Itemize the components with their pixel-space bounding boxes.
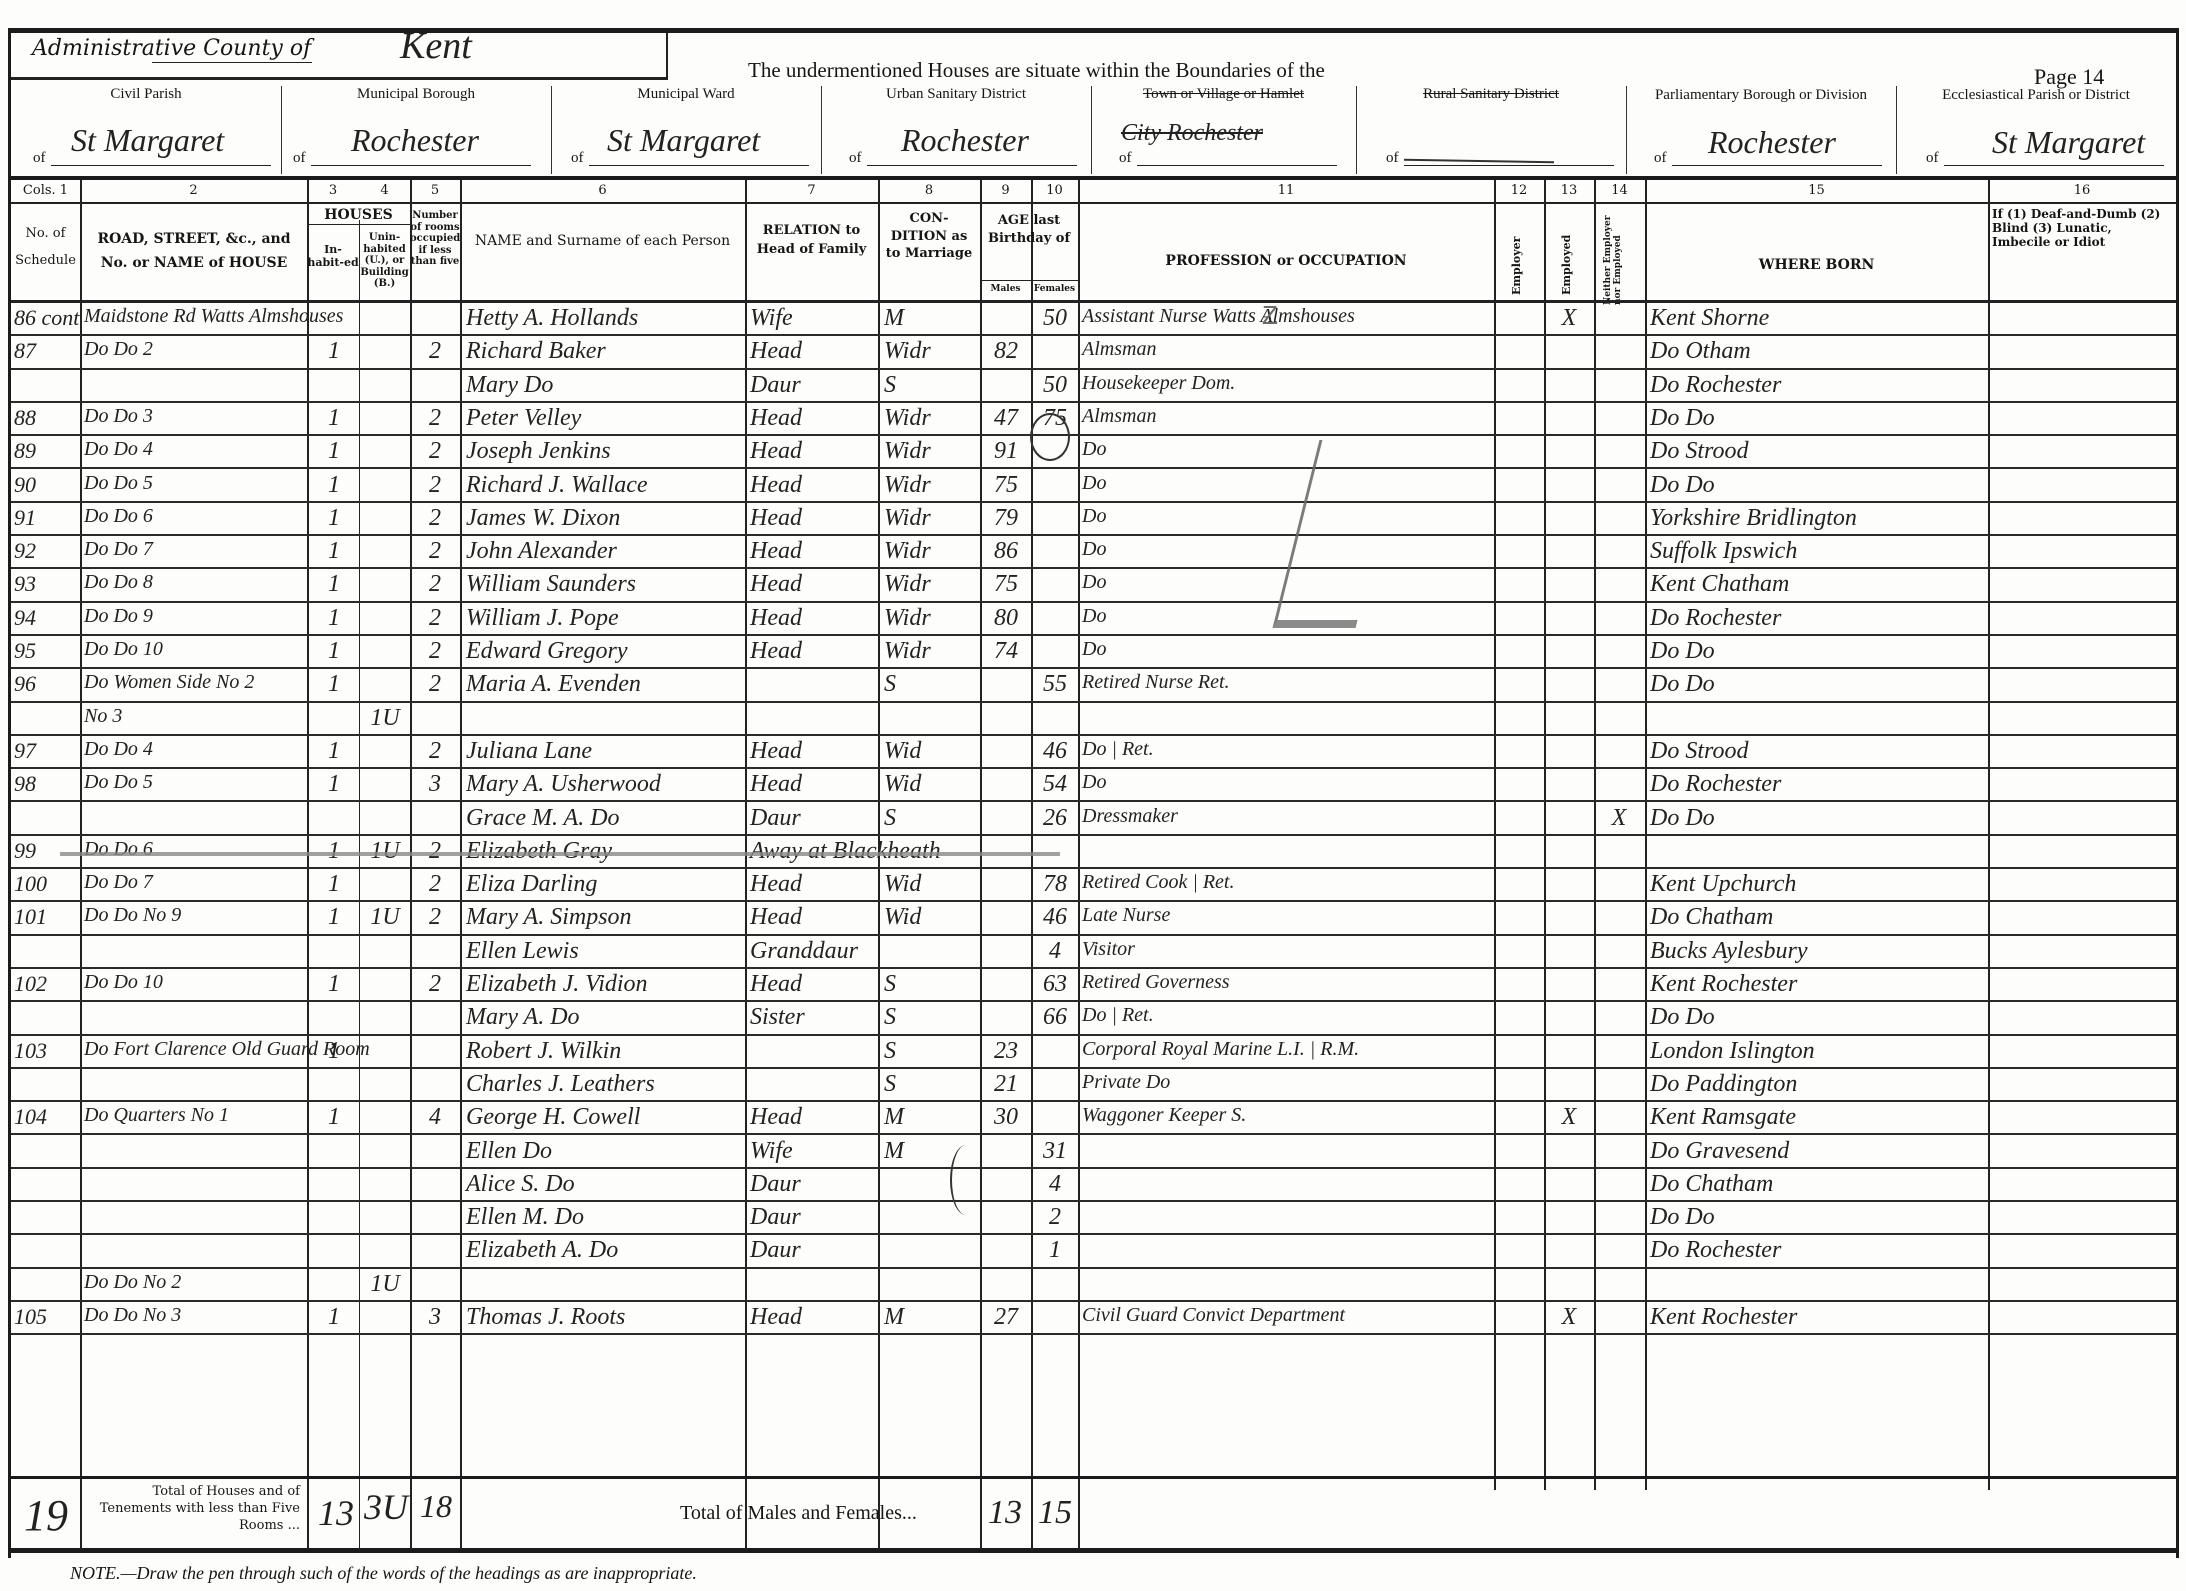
table-row: 101Do Do No 911U2Mary A. SimpsonHeadWid4… <box>0 902 2186 935</box>
cell-condition: Widr <box>884 438 978 465</box>
cell-uninhabited: 1U <box>362 705 408 732</box>
cell-rooms: 2 <box>413 671 457 698</box>
cell-occupation: Almsman <box>1082 405 1492 428</box>
cell-relation: Head <box>750 338 876 365</box>
district-parliamentary: Parliamentary Borough or Division of Roc… <box>1626 86 1897 174</box>
cell-age-m: 80 <box>982 605 1030 632</box>
cell-schedule: 100 <box>14 871 80 897</box>
cell-born: Do Strood <box>1650 438 1986 465</box>
cell-born: Do Rochester <box>1650 605 1986 632</box>
cell-address: No 3 <box>84 705 306 728</box>
cell-age-f: 31 <box>1033 1138 1077 1165</box>
header-age-group: AGE last Birthday of <box>980 212 1078 248</box>
cell-address: Maidstone Rd Watts Almshouses <box>84 305 306 328</box>
header-name: NAME and Surname of each Person <box>470 230 735 254</box>
cell-occupation: Retired Cook | Ret. <box>1082 871 1492 894</box>
cell-condition: Widr <box>884 405 978 432</box>
table-row: 96Do Women Side No 212Maria A. EvendenS5… <box>0 669 2186 702</box>
cell-inhabited: 1 <box>310 1104 358 1131</box>
cell-name: Thomas J. Roots <box>466 1304 742 1331</box>
cell-name: Robert J. Wilkin <box>466 1038 742 1065</box>
cell-rooms: 2 <box>413 405 457 432</box>
table-row: 86 contMaidstone Rd Watts AlmshousesHett… <box>0 303 2186 336</box>
total-females: 15 <box>1038 1494 1072 1532</box>
total-persons-label: Total of Males and Females... <box>680 1502 917 1525</box>
cell-name: Grace M. A. Do <box>466 805 742 832</box>
cell-inhabited: 1 <box>310 1304 358 1331</box>
cell-employed: X <box>1546 1304 1592 1331</box>
bracket-mark <box>950 1145 982 1215</box>
cell-name: Richard J. Wallace <box>466 472 742 499</box>
cell-inhabited: 1 <box>310 738 358 765</box>
cell-age-m: 21 <box>982 1071 1030 1098</box>
cell-rooms: 2 <box>413 571 457 598</box>
cell-condition: S <box>884 971 978 998</box>
cell-schedule: 104 <box>14 1104 80 1130</box>
table-row: 88Do Do 312Peter VelleyHeadWidr4775Almsm… <box>0 403 2186 436</box>
total-males: 13 <box>988 1494 1022 1532</box>
header-address: ROAD, STREET, &c., and No. or NAME of HO… <box>86 228 302 276</box>
cell-address: Do Do No 2 <box>84 1271 306 1294</box>
cell-name: Eliza Darling <box>466 871 742 898</box>
totals-divider <box>11 1476 2176 1479</box>
cell-address: Do Do 3 <box>84 405 306 428</box>
cell-relation: Daur <box>750 1204 876 1231</box>
cell-name: Alice S. Do <box>466 1171 742 1198</box>
cell-condition: Widr <box>884 605 978 632</box>
header-uninhabited: Unin-habited (U.), or Building (B.) <box>359 232 410 290</box>
cell-address: Do Do 4 <box>84 738 306 761</box>
row-divider <box>11 1333 2176 1335</box>
cell-inhabited: 1 <box>310 571 358 598</box>
table-row: 87Do Do 212Richard BakerHeadWidr82Almsma… <box>0 336 2186 369</box>
parliamentary-value: Rochester <box>1708 124 1836 161</box>
table-row: 90Do Do 512Richard J. WallaceHeadWidr75D… <box>0 470 2186 503</box>
municipal-ward-value: St Margaret <box>607 122 760 159</box>
table-row: 105Do Do No 313Thomas J. RootsHeadM27Civ… <box>0 1302 2186 1335</box>
table-row: 103Do Fort Clarence Old Guard Room1Rober… <box>0 1036 2186 1069</box>
table-row: No 31U <box>0 703 2186 736</box>
county-underline <box>152 62 312 63</box>
census-page: Administrative County of Kent The underm… <box>0 0 2186 1591</box>
cell-occupation: Do <box>1082 505 1492 528</box>
civil-parish-value: St Margaret <box>71 122 224 159</box>
cell-condition: Wid <box>884 738 978 765</box>
cell-schedule: 92 <box>14 538 80 564</box>
table-row: Grace M. A. DoDaurS26DressmakerXDo Do <box>0 803 2186 836</box>
table-row: 93Do Do 812William SaundersHeadWidr75DoK… <box>0 569 2186 602</box>
cell-name: Elizabeth J. Vidion <box>466 971 742 998</box>
cell-condition: Widr <box>884 338 978 365</box>
district-municipal-ward: Municipal Ward of St Margaret <box>551 86 822 174</box>
cell-age-m: 27 <box>982 1304 1030 1331</box>
total-rooms: 18 <box>420 1488 452 1525</box>
cell-born: Kent Chatham <box>1650 571 1986 598</box>
footer-note: NOTE.—Draw the pen through such of the w… <box>70 1563 697 1584</box>
cell-name: Ellen Lewis <box>466 938 742 965</box>
cell-occupation: Late Nurse <box>1082 904 1492 927</box>
cell-address: Do Do 6 <box>84 838 306 861</box>
cell-relation: Head <box>750 638 876 665</box>
cell-occupation: Corporal Royal Marine L.I. | R.M. <box>1082 1038 1492 1061</box>
cell-occupation: Private Do <box>1082 1071 1492 1094</box>
table-row: 89Do Do 412Joseph JenkinsHeadWidr91DoDo … <box>0 436 2186 469</box>
header-rooms: Number of rooms occupied if less than fi… <box>410 210 460 268</box>
cell-schedule: 94 <box>14 605 80 631</box>
cell-relation: Head <box>750 472 876 499</box>
cell-schedule: 98 <box>14 771 80 797</box>
cell-occupation: Almsman <box>1082 338 1492 361</box>
cell-age-f: 46 <box>1033 904 1077 931</box>
cell-born: Do Do <box>1650 472 1986 499</box>
cell-address: Do Do 5 <box>84 472 306 495</box>
district-civil-parish: Civil Parish of St Margaret <box>11 86 282 174</box>
cell-born: Kent Rochester <box>1650 971 1986 998</box>
cell-age-f: 2 <box>1033 1204 1077 1231</box>
cell-relation: Head <box>750 1304 876 1331</box>
cell-name: John Alexander <box>466 538 742 565</box>
cell-rooms: 2 <box>413 438 457 465</box>
cell-born: Kent Upchurch <box>1650 871 1986 898</box>
cell-occupation: Do <box>1082 538 1492 561</box>
cell-relation: Sister <box>750 1004 876 1031</box>
cell-inhabited: 1 <box>310 871 358 898</box>
cell-age-m: 82 <box>982 338 1030 365</box>
cell-age-m: 47 <box>982 405 1030 432</box>
table-row: 99Do Do 611U2Elizabeth GrayAway at Black… <box>0 836 2186 869</box>
cell-born: Do Otham <box>1650 338 1986 365</box>
ecclesiastical-value: St Margaret <box>1992 124 2145 161</box>
cell-relation: Head <box>750 871 876 898</box>
cell-condition: Wid <box>884 771 978 798</box>
cell-address: Do Do 2 <box>84 338 306 361</box>
cell-address: Do Do 7 <box>84 538 306 561</box>
cell-born: Do Do <box>1650 405 1986 432</box>
cell-occupation: Retired Governess <box>1082 971 1492 994</box>
cell-age-f: 50 <box>1033 305 1077 332</box>
cell-born: Do Strood <box>1650 738 1986 765</box>
cell-condition: S <box>884 372 978 399</box>
table-row: 94Do Do 912William J. PopeHeadWidr80DoDo… <box>0 603 2186 636</box>
cell-occupation: Housekeeper Dom. <box>1082 372 1492 395</box>
cell-name: Elizabeth A. Do <box>466 1237 742 1264</box>
cell-relation: Wife <box>750 1138 876 1165</box>
cell-schedule: 103 <box>14 1038 80 1064</box>
table-row: Ellen M. DoDaur2Do Do <box>0 1202 2186 1235</box>
cell-born: Do Paddington <box>1650 1071 1986 1098</box>
town-value: City Rochester <box>1121 120 1263 147</box>
cell-age-f: 50 <box>1033 372 1077 399</box>
cell-condition: Widr <box>884 571 978 598</box>
cell-rooms: 2 <box>413 338 457 365</box>
cell-born: Bucks Aylesbury <box>1650 938 1986 965</box>
cell-occupation: Do | Ret. <box>1082 1004 1492 1027</box>
cell-name: Peter Velley <box>466 405 742 432</box>
cell-occupation: Do | Ret. <box>1082 738 1492 761</box>
cell-occupation: Do <box>1082 638 1492 661</box>
cell-age-f: 46 <box>1033 738 1077 765</box>
cell-address: Do Do 9 <box>84 605 306 628</box>
pencil-z-mark: Z <box>1262 300 1278 331</box>
cell-rooms: 2 <box>413 605 457 632</box>
cell-address: Do Women Side No 2 <box>84 671 306 694</box>
cell-relation: Daur <box>750 805 876 832</box>
cell-address: Do Do 7 <box>84 871 306 894</box>
cell-name: Ellen Do <box>466 1138 742 1165</box>
cell-name: Hetty A. Hollands <box>466 305 742 332</box>
cell-condition: S <box>884 671 978 698</box>
cell-address: Do Quarters No 1 <box>84 1104 306 1127</box>
table-row: Ellen DoWifeM31Do Gravesend <box>0 1136 2186 1169</box>
header-females: Females <box>1031 284 1078 294</box>
cell-condition: M <box>884 305 978 332</box>
municipal-borough-value: Rochester <box>351 122 479 159</box>
cell-name: Richard Baker <box>466 338 742 365</box>
boundary-title: The undermentioned Houses are situate wi… <box>748 58 1325 83</box>
cell-condition: S <box>884 805 978 832</box>
cell-name: Charles J. Leathers <box>466 1071 742 1098</box>
cell-relation: Granddaur <box>750 938 876 965</box>
cell-condition: Wid <box>884 904 978 931</box>
cell-occupation: Waggoner Keeper S. <box>1082 1104 1492 1127</box>
header-neither: Neither Employer nor Employed <box>1603 210 1639 305</box>
cell-schedule: 101 <box>14 904 80 930</box>
cell-inhabited: 1 <box>310 438 358 465</box>
cell-condition: Widr <box>884 638 978 665</box>
cell-age-f: 55 <box>1033 671 1077 698</box>
cell-name: James W. Dixon <box>466 505 742 532</box>
cell-inhabited: 1 <box>310 405 358 432</box>
cell-inhabited: 1 <box>310 971 358 998</box>
cell-born: Do Do <box>1650 671 1986 698</box>
cell-rooms: 2 <box>413 505 457 532</box>
cell-relation: Head <box>750 1104 876 1131</box>
cell-age-f: 4 <box>1033 938 1077 965</box>
district-rural-sanitary: Rural Sanitary District of <box>1356 86 1627 174</box>
cell-born: Yorkshire Bridlington <box>1650 505 1986 532</box>
cell-born: Do Do <box>1650 1004 1986 1031</box>
district-urban-sanitary: Urban Sanitary District of Rochester <box>821 86 1092 174</box>
cell-age-f: 54 <box>1033 771 1077 798</box>
frame-border-bottom <box>8 1548 2179 1553</box>
cell-born: Do Rochester <box>1650 372 1986 399</box>
cell-address: Do Do No 9 <box>84 904 306 927</box>
cell-relation: Head <box>750 438 876 465</box>
cell-schedule: 91 <box>14 505 80 531</box>
table-row: 100Do Do 712Eliza DarlingHeadWid78Retire… <box>0 869 2186 902</box>
cell-schedule: 105 <box>14 1304 80 1330</box>
cell-rooms: 3 <box>413 1304 457 1331</box>
cell-address: Do Do 4 <box>84 438 306 461</box>
cell-relation: Head <box>750 738 876 765</box>
cell-rooms: 4 <box>413 1104 457 1131</box>
table-row: Ellen LewisGranddaur4VisitorBucks Aylesb… <box>0 936 2186 969</box>
cell-schedule: 93 <box>14 571 80 597</box>
cell-address: Do Do No 3 <box>84 1304 306 1327</box>
header-employed: Employed <box>1560 215 1573 295</box>
table-row: 92Do Do 712John AlexanderHeadWidr86DoSuf… <box>0 536 2186 569</box>
cell-condition: M <box>884 1104 978 1131</box>
cell-schedule: 86 cont <box>14 305 80 331</box>
cell-born: Do Do <box>1650 1204 1986 1231</box>
table-row: 104Do Quarters No 114George H. CowellHea… <box>0 1102 2186 1135</box>
table-row: Mary A. DoSisterS66Do | Ret.Do Do <box>0 1002 2186 1035</box>
cell-neither: X <box>1596 805 1642 832</box>
table-row: 102Do Do 1012Elizabeth J. VidionHeadS63R… <box>0 969 2186 1002</box>
cell-name: Mary A. Usherwood <box>466 771 742 798</box>
cell-relation: Daur <box>750 372 876 399</box>
cell-rooms: 2 <box>413 971 457 998</box>
cell-relation: Head <box>750 771 876 798</box>
cell-born: London Islington <box>1650 1038 1986 1065</box>
cell-inhabited: 1 <box>310 538 358 565</box>
header-houses-group: HOUSES <box>307 206 410 224</box>
total-schedules: 19 <box>24 1490 68 1541</box>
table-row: Do Do No 21U <box>0 1269 2186 1302</box>
cell-relation: Daur <box>750 1237 876 1264</box>
cell-rooms: 2 <box>413 871 457 898</box>
cell-age-f: 4 <box>1033 1171 1077 1198</box>
district-town-village-hamlet: Town or Village or Hamlet of City Roches… <box>1091 86 1357 174</box>
table-row: Elizabeth A. DoDaur1Do Rochester <box>0 1235 2186 1268</box>
cell-born: Kent Ramsgate <box>1650 1104 1986 1131</box>
cell-inhabited: 1 <box>310 1038 358 1065</box>
table-row: Alice S. DoDaur4Do Chatham <box>0 1169 2186 1202</box>
county-label: Administrative County of <box>32 36 311 61</box>
cell-age-f: 26 <box>1033 805 1077 832</box>
cell-rooms: 2 <box>413 738 457 765</box>
cell-relation: Head <box>750 405 876 432</box>
header-relation: RELATION to Head of Family <box>750 222 873 260</box>
cell-age-f: 1 <box>1033 1237 1077 1264</box>
header-infirmity: If (1) Deaf-and-Dumb (2) Blind (3) Lunat… <box>1992 208 2172 249</box>
cell-address: Do Do 5 <box>84 771 306 794</box>
cell-address: Do Do 8 <box>84 571 306 594</box>
cell-condition: Widr <box>884 505 978 532</box>
header-males: Males <box>980 284 1031 294</box>
cell-rooms: 2 <box>413 538 457 565</box>
cell-occupation: Civil Guard Convict Department <box>1082 1304 1492 1327</box>
cell-rooms: 2 <box>413 638 457 665</box>
header-divider <box>11 176 2176 180</box>
cell-age-m: 91 <box>982 438 1030 465</box>
cell-name: Edward Gregory <box>466 638 742 665</box>
cell-inhabited: 1 <box>310 904 358 931</box>
cell-occupation: Retired Nurse Ret. <box>1082 671 1492 694</box>
cell-schedule: 87 <box>14 338 80 364</box>
cell-schedule: 96 <box>14 671 80 697</box>
cell-born: Do Do <box>1650 638 1986 665</box>
cell-schedule: 89 <box>14 438 80 464</box>
cell-age-m: 86 <box>982 538 1030 565</box>
cell-schedule: 99 <box>14 838 80 864</box>
cell-rooms: 3 <box>413 771 457 798</box>
cell-born: Do Do <box>1650 805 1986 832</box>
header-where-born: WHERE BORN <box>1645 256 1988 274</box>
county-value: Kent <box>400 24 472 68</box>
cell-relation: Head <box>750 538 876 565</box>
table-row: Charles J. LeathersS21Private DoDo Paddi… <box>0 1069 2186 1102</box>
cell-born: Do Rochester <box>1650 771 1986 798</box>
cell-address: Do Do 6 <box>84 505 306 528</box>
cell-inhabited: 1 <box>310 338 358 365</box>
table-row: 91Do Do 612James W. DixonHeadWidr79DoYor… <box>0 503 2186 536</box>
cell-age-m: 74 <box>982 638 1030 665</box>
cell-relation: Head <box>750 904 876 931</box>
strike-through-line <box>60 852 1060 856</box>
cell-age-m: 75 <box>982 472 1030 499</box>
cell-age-m: 30 <box>982 1104 1030 1131</box>
cell-condition: Widr <box>884 472 978 499</box>
district-municipal-borough: Municipal Borough of Rochester <box>281 86 552 174</box>
cell-condition: Wid <box>884 871 978 898</box>
total-uninhabited: 3U <box>364 1486 408 1528</box>
cell-schedule: 97 <box>14 738 80 764</box>
cell-employed: X <box>1546 305 1592 332</box>
cell-name: William Saunders <box>466 571 742 598</box>
cell-born: Suffolk Ipswich <box>1650 538 1986 565</box>
table-row: 95Do Do 1012Edward GregoryHeadWidr74DoDo… <box>0 636 2186 669</box>
cell-born: Kent Shorne <box>1650 305 1986 332</box>
cell-occupation: Dressmaker <box>1082 805 1492 828</box>
cell-age-f: 78 <box>1033 871 1077 898</box>
cell-name: Ellen M. Do <box>466 1204 742 1231</box>
cell-age-f: 63 <box>1033 971 1077 998</box>
cell-relation: Head <box>750 605 876 632</box>
cell-name: William J. Pope <box>466 605 742 632</box>
header-condition: CON-DITION as to Marriage <box>882 210 976 263</box>
cell-inhabited: 1 <box>310 638 358 665</box>
total-inhabited: 13 <box>318 1492 354 1534</box>
circled-age-mark <box>1030 413 1070 461</box>
district-row: Civil Parish of St Margaret Municipal Bo… <box>11 86 2176 174</box>
cell-age-f: 66 <box>1033 1004 1077 1031</box>
cell-occupation: Do <box>1082 771 1492 794</box>
cell-born: Kent Rochester <box>1650 1304 1986 1331</box>
cell-name: Mary A. Simpson <box>466 904 742 931</box>
cell-uninhabited: 1U <box>362 904 408 931</box>
cell-schedule: 102 <box>14 971 80 997</box>
cell-name: Mary Do <box>466 372 742 399</box>
cell-schedule: 90 <box>14 472 80 498</box>
cell-schedule: 95 <box>14 638 80 664</box>
cell-relation: Daur <box>750 1171 876 1198</box>
total-houses-label: Total of Houses and of Tenements with le… <box>86 1484 300 1535</box>
cell-schedule: 88 <box>14 405 80 431</box>
urban-sanitary-value: Rochester <box>901 122 1029 159</box>
cell-relation: Head <box>750 571 876 598</box>
cell-name: Juliana Lane <box>466 738 742 765</box>
cell-age-m: 23 <box>982 1038 1030 1065</box>
cell-address: Do Do 10 <box>84 971 306 994</box>
header-schedule: No. of Schedule <box>11 220 80 275</box>
cell-rooms: 2 <box>413 904 457 931</box>
cell-inhabited: 1 <box>310 671 358 698</box>
cell-age-m: 75 <box>982 571 1030 598</box>
cell-condition: S <box>884 1004 978 1031</box>
cell-inhabited: 1 <box>310 771 358 798</box>
table-row: 97Do Do 412Juliana LaneHeadWid46Do | Ret… <box>0 736 2186 769</box>
cell-born: Do Gravesend <box>1650 1138 1986 1165</box>
cell-condition: S <box>884 1071 978 1098</box>
cell-age-m: 79 <box>982 505 1030 532</box>
cell-rooms: 2 <box>413 472 457 499</box>
header-employer: Employer <box>1510 215 1523 295</box>
cell-relation: Wife <box>750 305 876 332</box>
cell-occupation: Visitor <box>1082 938 1492 961</box>
cell-uninhabited: 1U <box>362 1271 408 1298</box>
cell-occupation: Do <box>1082 472 1492 495</box>
